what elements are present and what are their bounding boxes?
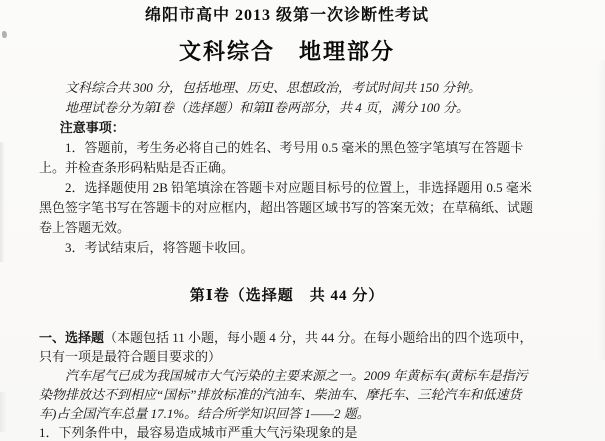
scan-artifact xyxy=(597,60,605,360)
scan-artifact xyxy=(0,142,5,262)
exam-subtitle: 文科综合 地理部分 xyxy=(39,39,535,65)
part-description: （本题包括 11 小题，每小题 4 分，共 44 分。在每小题给出的四个选项中，… xyxy=(39,330,533,364)
question-passage: 汽车尾气已成为我国城市大气污染的主要来源之一。2009 年黄标车(黄标车是指污染… xyxy=(39,366,535,423)
exam-info-line-2: 地理试卷分为第Ⅰ卷（选择题）和第Ⅱ卷两部分，共 4 页，满分 100 分。 xyxy=(39,98,535,118)
notices: 注意事项： 1．答题前，考生务必将自己的姓名、考号用 0.5 毫米的黑色签字笔填… xyxy=(39,118,535,258)
notice-item-2: 2．选择题使用 2B 铅笔填涂在答题卡对应题目标号的位置上，非选择题用 0.5 … xyxy=(39,178,535,238)
notices-heading: 注意事项： xyxy=(39,118,535,138)
exam-info: 文科综合共 300 分，包括地理、历史、思想政治，考试时间共 150 分钟。 地… xyxy=(39,78,535,118)
notice-item-1: 1．答题前，考生务必将自己的姓名、考号用 0.5 毫米的黑色签字笔填写在答题卡上… xyxy=(39,138,535,178)
exam-paper-page: 绵阳市高中 2013 级第一次诊断性考试 文科综合 地理部分 文科综合共 300… xyxy=(0,0,605,441)
section-1-body: 一、选择题（本题包括 11 小题，每小题 4 分，共 44 分。在每小题给出的四… xyxy=(39,328,535,441)
multiple-choice-intro: 一、选择题（本题包括 11 小题，每小题 4 分，共 44 分。在每小题给出的四… xyxy=(39,328,535,366)
scan-artifact xyxy=(2,31,7,38)
exam-info-line-1: 文科综合共 300 分，包括地理、历史、思想政治，考试时间共 150 分钟。 xyxy=(39,78,535,98)
scan-artifact xyxy=(0,392,7,432)
exam-title: 绵阳市高中 2013 级第一次诊断性考试 xyxy=(39,6,535,26)
notice-item-3: 3．考试结束后，将答题卡收回。 xyxy=(39,238,535,258)
part-label: 一、选择题 xyxy=(39,330,104,345)
question-1: 1．下列条件中，最容易造成城市严重大气污染现象的是 xyxy=(39,423,535,441)
section-1-heading: 第Ⅰ卷（选择题 共 44 分） xyxy=(39,286,535,306)
